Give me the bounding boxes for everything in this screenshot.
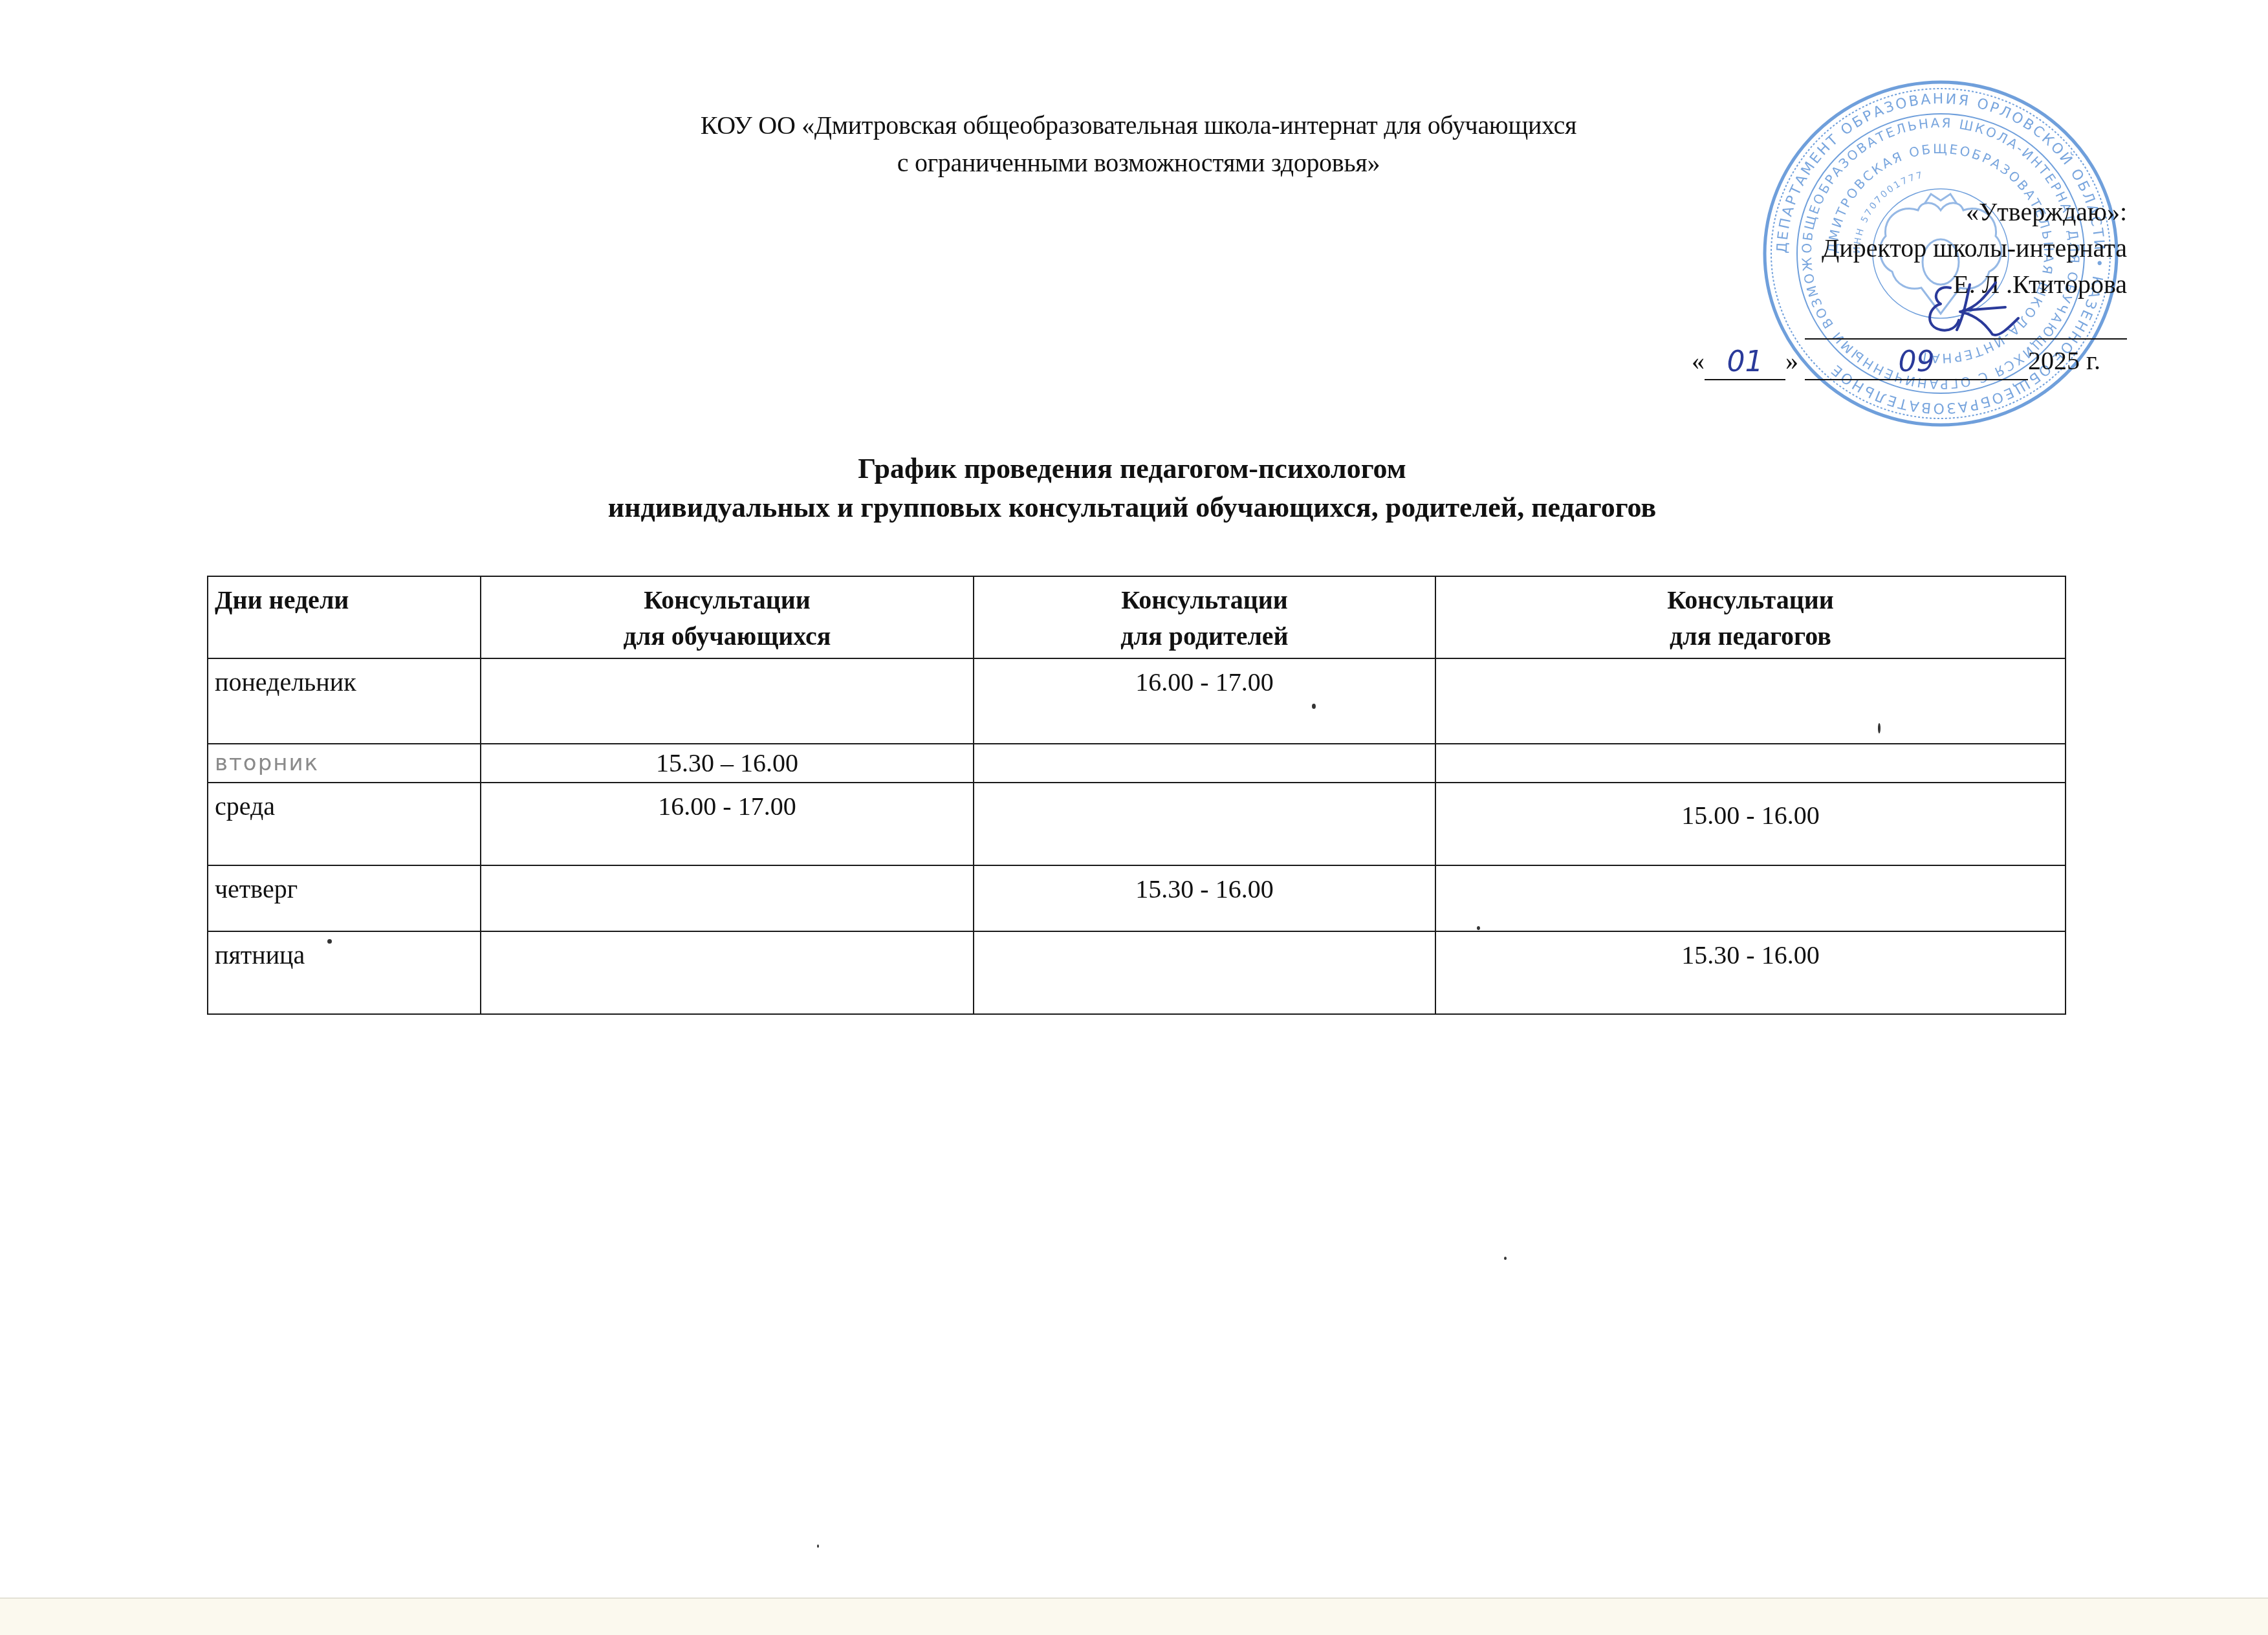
scan-speck — [1477, 926, 1480, 930]
scan-speck — [1312, 704, 1316, 709]
day-cell: четверг — [208, 865, 481, 931]
scan-edge — [0, 1597, 2268, 1635]
day-cell: среда — [208, 783, 481, 865]
header-days: Дни недели — [208, 576, 481, 658]
approval-date: «01» 092025 г. — [1692, 341, 2100, 380]
parents-cell: 15.30 - 16.00 — [974, 865, 1435, 931]
header-students: Консультации для обучающихся — [481, 576, 974, 658]
parents-cell — [974, 931, 1435, 1014]
parents-cell — [974, 783, 1435, 865]
institution-line-1: КОУ ОО «Дмитровская общеобразовательная … — [453, 107, 1824, 144]
parents-cell — [974, 744, 1435, 783]
title-line-1: График проведения педагогом-психологом — [194, 449, 2070, 488]
header-teachers: Консультации для педагогов — [1435, 576, 2066, 658]
teachers-cell — [1435, 658, 2066, 744]
teachers-cell — [1435, 744, 2066, 783]
teachers-cell — [1435, 865, 2066, 931]
table-header-row: Дни недели Консультации для обучающихся … — [208, 576, 2066, 658]
signature-icon — [1925, 275, 2022, 340]
day-cell: пятница — [208, 931, 481, 1014]
table-row: вторник 15.30 – 16.00 — [208, 744, 2066, 783]
date-year: 2025 г. — [2028, 346, 2100, 375]
students-cell — [481, 865, 974, 931]
scan-speck — [817, 1544, 819, 1548]
title-line-2: индивидуальных и групповых консультаций … — [194, 488, 2070, 527]
approver-position: Директор школы-интерната — [1822, 230, 2127, 266]
table-row: четверг 15.30 - 16.00 — [208, 865, 2066, 931]
parents-cell: 16.00 - 17.00 — [974, 658, 1435, 744]
teachers-cell: 15.30 - 16.00 — [1435, 931, 2066, 1014]
students-cell: 16.00 - 17.00 — [481, 783, 974, 865]
consultation-schedule-table: Дни недели Консультации для обучающихся … — [207, 576, 2066, 1015]
institution-line-2: с ограниченными возможностями здоровья» — [453, 144, 1824, 182]
table-row: среда 16.00 - 17.00 15.00 - 16.00 — [208, 783, 2066, 865]
students-cell — [481, 931, 974, 1014]
students-cell: 15.30 – 16.00 — [481, 744, 974, 783]
date-close-quote: » — [1785, 346, 1798, 375]
approval-heading: «Утверждаю»: — [1822, 194, 2127, 230]
scan-speck — [327, 939, 332, 944]
day-cell: вторник — [208, 744, 481, 783]
scan-speck — [1878, 723, 1881, 733]
scan-speck — [1504, 1257, 1507, 1260]
date-day-field: 01 — [1705, 345, 1785, 380]
students-cell — [481, 658, 974, 744]
header-parents: Консультации для родителей — [974, 576, 1435, 658]
teachers-cell: 15.00 - 16.00 — [1435, 783, 2066, 865]
date-month-field: 09 — [1805, 345, 2028, 380]
document-title: График проведения педагогом-психологом и… — [194, 449, 2070, 527]
table-row: понедельник 16.00 - 17.00 — [208, 658, 2066, 744]
day-cell: понедельник — [208, 658, 481, 744]
table-row: пятница 15.30 - 16.00 — [208, 931, 2066, 1014]
institution-header: КОУ ОО «Дмитровская общеобразовательная … — [453, 107, 1824, 182]
signature-line — [1805, 338, 2127, 340]
date-open-quote: « — [1692, 346, 1705, 375]
